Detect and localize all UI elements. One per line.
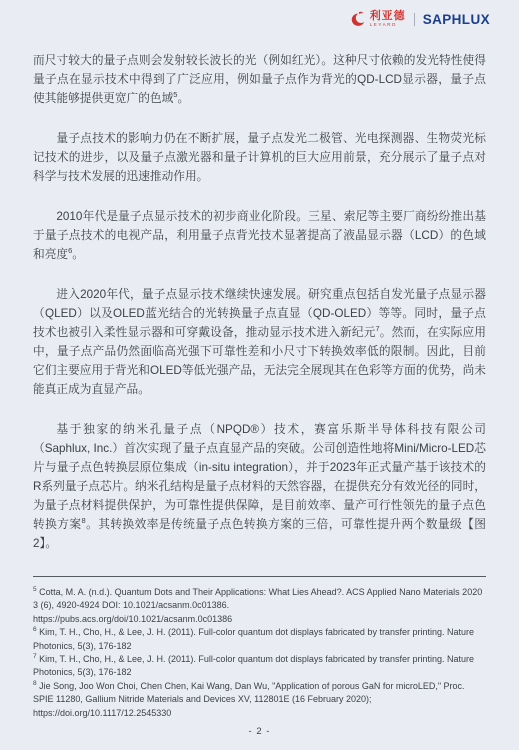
document-page: 利亚德 LEYARD SAPHLUX 而尺寸较大的量子点则会发射较长波长的光（例… [0,0,519,750]
page-number: - 2 - [33,726,486,737]
page-header: 利亚德 LEYARD SAPHLUX [350,11,490,28]
footnote-ref: 8 [82,516,86,525]
footnote-ref: 6 [68,246,72,255]
footnote: 7 Kim, T. H., Cho, H., & Lee, J. H. (201… [33,653,486,680]
paragraph: 量子点技术的影响力仍在不断扩展，量子点发光二极管、光电探测器、生物荧光标记技术的… [33,129,486,186]
paragraph: 2010年代是量子点显示技术的初步商业化阶段。三星、索尼等主要厂商纷纷推出基于量… [33,207,486,264]
logo-divider [414,13,415,26]
leyard-name-en: LEYARD [370,23,406,28]
footnote: 8 Jie Song, Joo Won Choi, Chen Chen, Kai… [33,680,486,720]
footnote-ref: 5 [173,90,177,99]
footnote-separator [33,576,486,577]
footnote-ref: 7 [376,324,380,333]
footnote-marker: 8 [33,680,37,687]
footnote: 6 Kim, T. H., Cho, H., & Lee, J. H. (201… [33,626,486,653]
paragraph: 基于独家的纳米孔量子点（NPQD®）技术，赛富乐斯半导体科技有限公司（Saphl… [33,420,486,553]
footnote: 5 Cotta, M. A. (n.d.). Quantum Dots and … [33,586,486,626]
footnote-marker: 7 [33,653,37,660]
document-footer: 5 Cotta, M. A. (n.d.). Quantum Dots and … [33,576,486,750]
leyard-logo-text: 利亚德 LEYARD [370,11,406,28]
footnotes: 5 Cotta, M. A. (n.d.). Quantum Dots and … [33,586,486,720]
leyard-logo-icon [350,11,367,27]
body-paragraphs: 而尺寸较大的量子点则会发射较长波长的光（例如红光）。这种尺寸依赖的发光特性使得量… [33,51,486,553]
leyard-logo: 利亚德 LEYARD [350,11,406,28]
document-body: 而尺寸较大的量子点则会发射较长波长的光（例如红光）。这种尺寸依赖的发光特性使得量… [33,51,486,574]
paragraph: 而尺寸较大的量子点则会发射较长波长的光（例如红光）。这种尺寸依赖的发光特性使得量… [33,51,486,108]
footnote-marker: 5 [33,586,37,593]
saphlux-logo: SAPHLUX [423,12,490,27]
footnote-url: https://pubs.acs.org/doi/10.1021/acsanm.… [33,613,486,626]
footnote-marker: 6 [33,626,37,633]
paragraph: 进入2020年代，量子点显示技术继续快速发展。研究重点包括自发光量子点显示器（Q… [33,285,486,399]
leyard-name-cn: 利亚德 [370,11,406,22]
